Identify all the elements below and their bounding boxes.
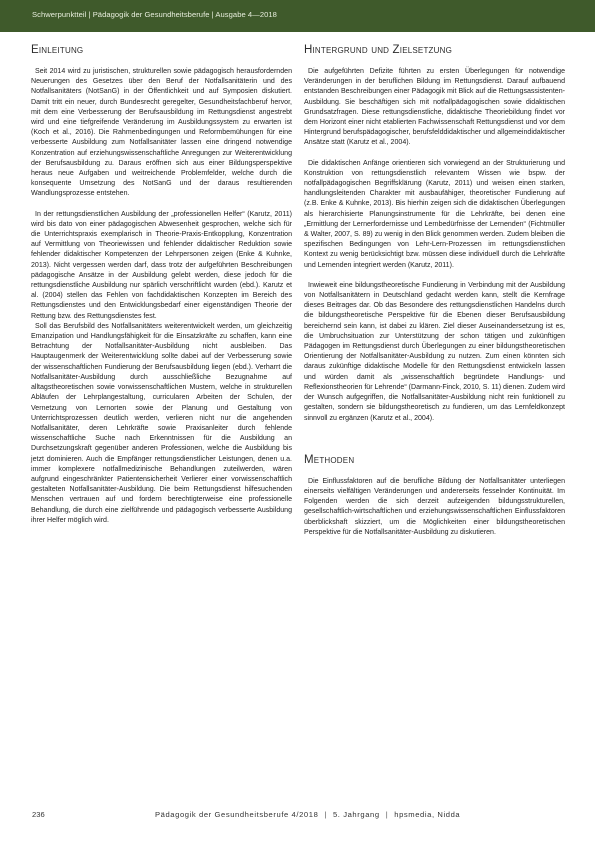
- footer-volume: 5. Jahrgang: [333, 810, 380, 819]
- running-header-title: Schwerpunktteil | Pädagogik der Gesundhe…: [32, 10, 277, 19]
- running-header-bar: Schwerpunktteil | Pädagogik der Gesundhe…: [0, 0, 595, 32]
- heading-methoden: Methoden: [304, 454, 565, 466]
- paragraph: Die Einflussfaktoren auf die berufliche …: [304, 477, 565, 538]
- footer-separator: |: [324, 810, 327, 819]
- paragraph: Seit 2014 wird zu juristischen, struktur…: [31, 67, 292, 200]
- page-number: 236: [32, 810, 45, 819]
- heading-hintergrund-und-zielsetzung: Hintergrund und Zielsetzung: [304, 44, 565, 56]
- paragraph: Inwieweit eine bildungstheoretische Fund…: [304, 281, 565, 424]
- footer-publisher: hpsmedia, Nidda: [394, 810, 460, 819]
- footer-separator: |: [386, 810, 389, 819]
- right-column: Hintergrund und Zielsetzung Die aufgefüh…: [304, 44, 565, 538]
- paragraph: Die didaktischen Anfänge orientieren sic…: [304, 159, 565, 271]
- paragraph: Soll das Berufsbild des Notfallsanitäter…: [31, 322, 292, 526]
- page-footer: 236 Pädagogik der Gesundheitsberufe 4/20…: [32, 810, 562, 822]
- heading-einleitung: Einleitung: [31, 44, 292, 56]
- paragraph: Die aufgeführten Defizite führten zu ers…: [304, 67, 565, 149]
- footer-journal-info: Pädagogik der Gesundheitsberufe 4/2018|5…: [155, 810, 460, 819]
- footer-journal-title: Pädagogik der Gesundheitsberufe 4/2018: [155, 810, 318, 819]
- left-column: Einleitung Seit 2014 wird zu juristische…: [31, 44, 292, 526]
- paragraph: In der rettungsdienstlichen Ausbildung d…: [31, 210, 292, 322]
